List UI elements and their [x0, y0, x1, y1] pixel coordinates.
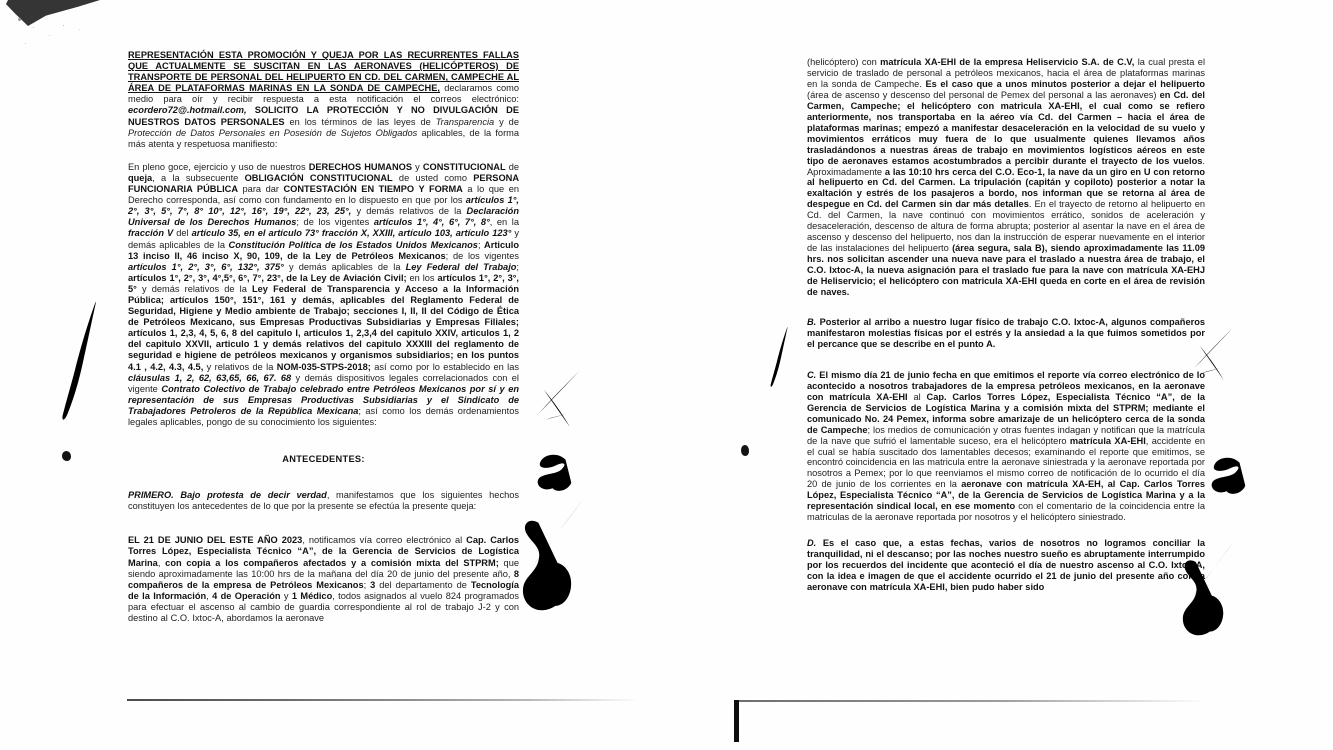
paragraph-punto-c: C. El mismo día 21 de junio fecha en que…	[807, 370, 1205, 523]
paragraph-incidente-vuelo: (helicóptero) con matrícula XA-EHI de la…	[807, 57, 1205, 298]
signature-scribble-e-page1	[529, 450, 579, 498]
scanned-document: REPRESENTACIÓN ESTA PROMOCIÓN Y QUEJA PO…	[0, 0, 1333, 750]
signature-initials-xh-page1	[527, 366, 583, 436]
signature-flourish-loop-page2	[1167, 536, 1239, 652]
signature-flourish-loop-page1	[504, 494, 590, 628]
ink-blot-page2	[741, 445, 749, 456]
paragraph-punto-d: D. Es el caso que, a estas fechas, vario…	[807, 538, 1205, 593]
paragraph-fundamentos-legales: En pleno goce, ejercicio y uso de nuestr…	[128, 162, 519, 428]
scan-corner-artifact	[6, 0, 106, 26]
signature-check-mark-page1	[58, 290, 104, 440]
page2-bottom-edge	[739, 700, 1207, 702]
paragraph-primero: PRIMERO. Bajo protesta de decir verdad, …	[128, 490, 519, 512]
page-2: (helicóptero) con matrícula XA-EHI de la…	[807, 0, 1205, 593]
page-1: REPRESENTACIÓN ESTA PROMOCIÓN Y QUEJA PO…	[128, 0, 519, 624]
signature-initials-xh-page2	[1184, 322, 1236, 390]
paragraph-representacion-queja: REPRESENTACIÓN ESTA PROMOCIÓN Y QUEJA PO…	[128, 50, 519, 150]
paragraph-punto-b: B. Posterior al arribo a nuestro lugar f…	[807, 317, 1205, 350]
signature-scribble-e-page2	[1202, 453, 1254, 501]
scan-speckles	[18, 18, 21, 21]
signature-check-mark-page2	[763, 324, 797, 394]
scan-bar-artifact	[734, 700, 739, 742]
heading-antecedentes: ANTECEDENTES:	[128, 454, 519, 465]
page1-bottom-edge	[127, 699, 639, 701]
paragraph-hechos-21-junio: EL 21 DE JUNIO DEL ESTE AÑO 2023, notifi…	[128, 535, 519, 624]
ink-blot-page1	[62, 451, 71, 461]
